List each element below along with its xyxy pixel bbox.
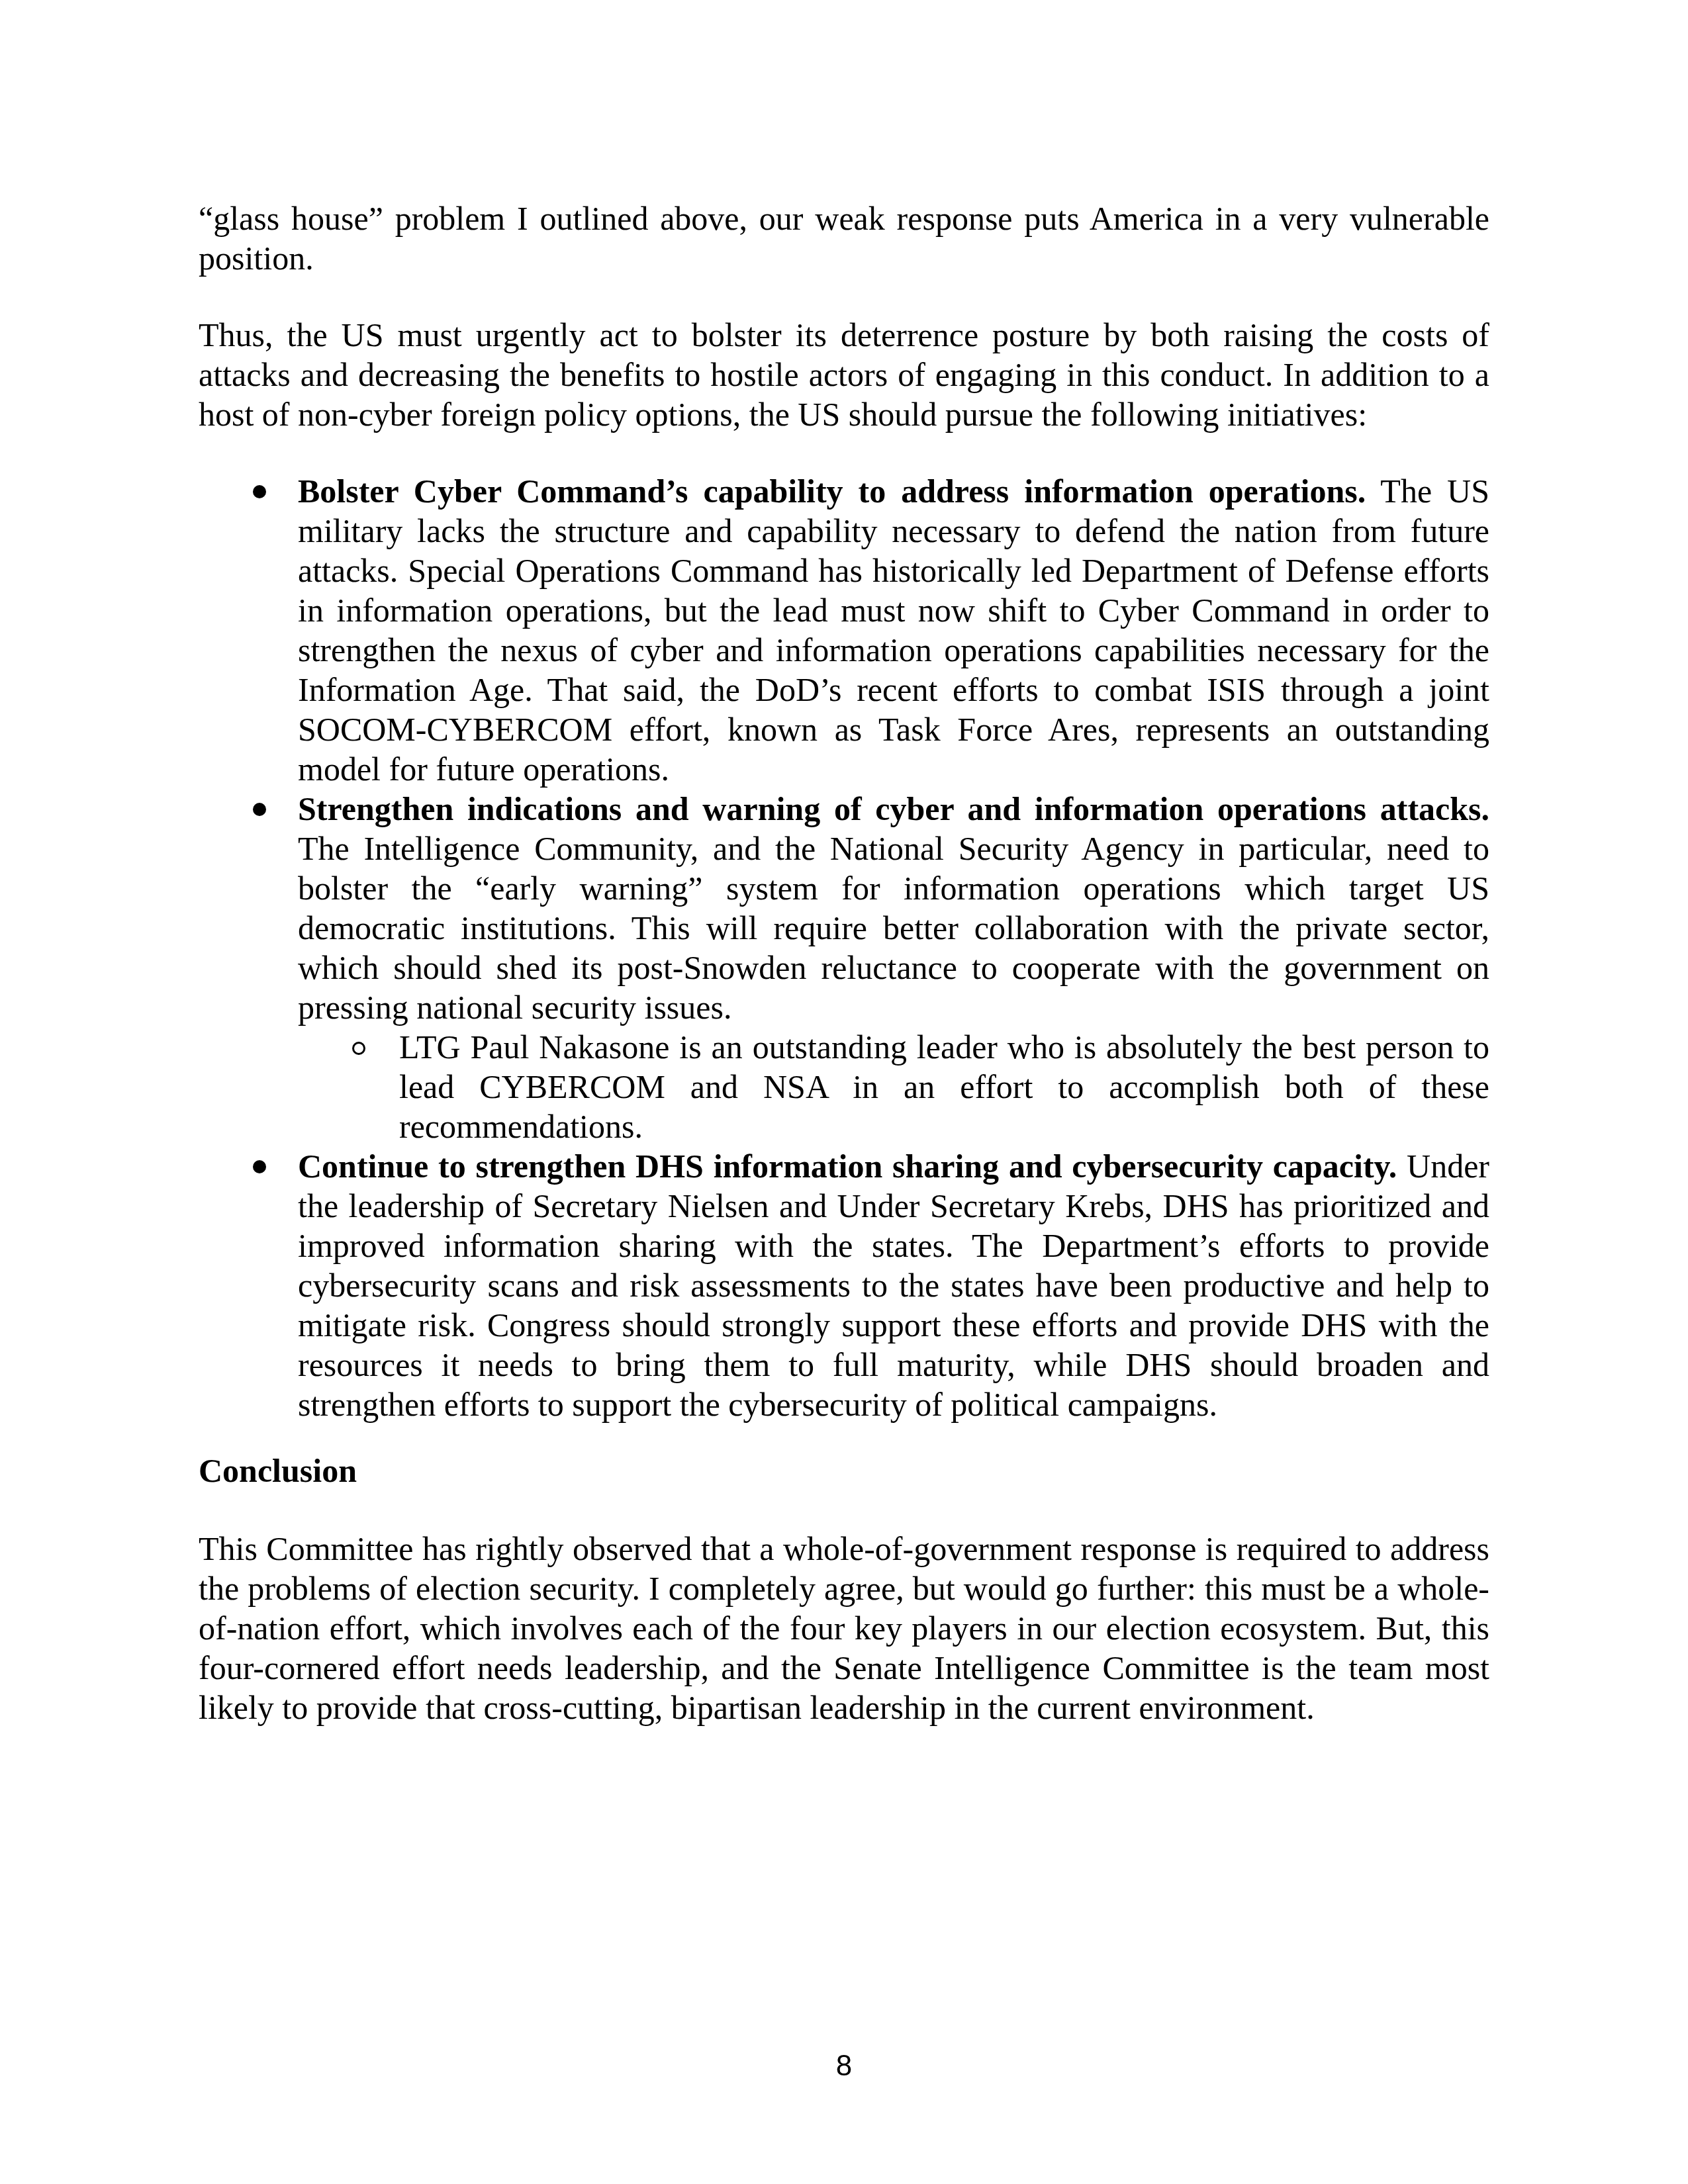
initiatives-list: Bolster Cyber Command’s capability to ad… [199,471,1489,1424]
bullet-body-text: The Intelligence Community, and the Nati… [298,830,1489,1026]
paragraph-glass-house: “glass house” problem I outlined above, … [199,199,1489,278]
bullet-lead-text: Continue to strengthen DHS information s… [298,1148,1397,1185]
bullet-body-text: The US military lacks the structure and … [298,473,1489,788]
conclusion-heading: Conclusion [199,1451,1489,1490]
bullet-lead-text: Bolster Cyber Command’s capability to ad… [298,473,1366,510]
bullet-body-text: Under the leadership of Secretary Nielse… [298,1148,1489,1423]
page-number: 8 [0,2050,1688,2082]
page-body-text: “glass house” problem I outlined above, … [199,199,1489,1764]
list-item: Strengthen indications and warning of cy… [199,789,1489,1146]
list-item: Continue to strengthen DHS information s… [199,1146,1489,1424]
sub-list-item: LTG Paul Nakasone is an outstanding lead… [298,1027,1489,1146]
sub-list: LTG Paul Nakasone is an outstanding lead… [298,1027,1489,1146]
list-item: Bolster Cyber Command’s capability to ad… [199,471,1489,789]
bullet-lead-text: Strengthen indications and warning of cy… [298,790,1489,827]
document-page: “glass house” problem I outlined above, … [0,0,1688,2184]
paragraph-deterrence: Thus, the US must urgently act to bolste… [199,315,1489,434]
paragraph-conclusion: This Committee has rightly observed that… [199,1529,1489,1727]
